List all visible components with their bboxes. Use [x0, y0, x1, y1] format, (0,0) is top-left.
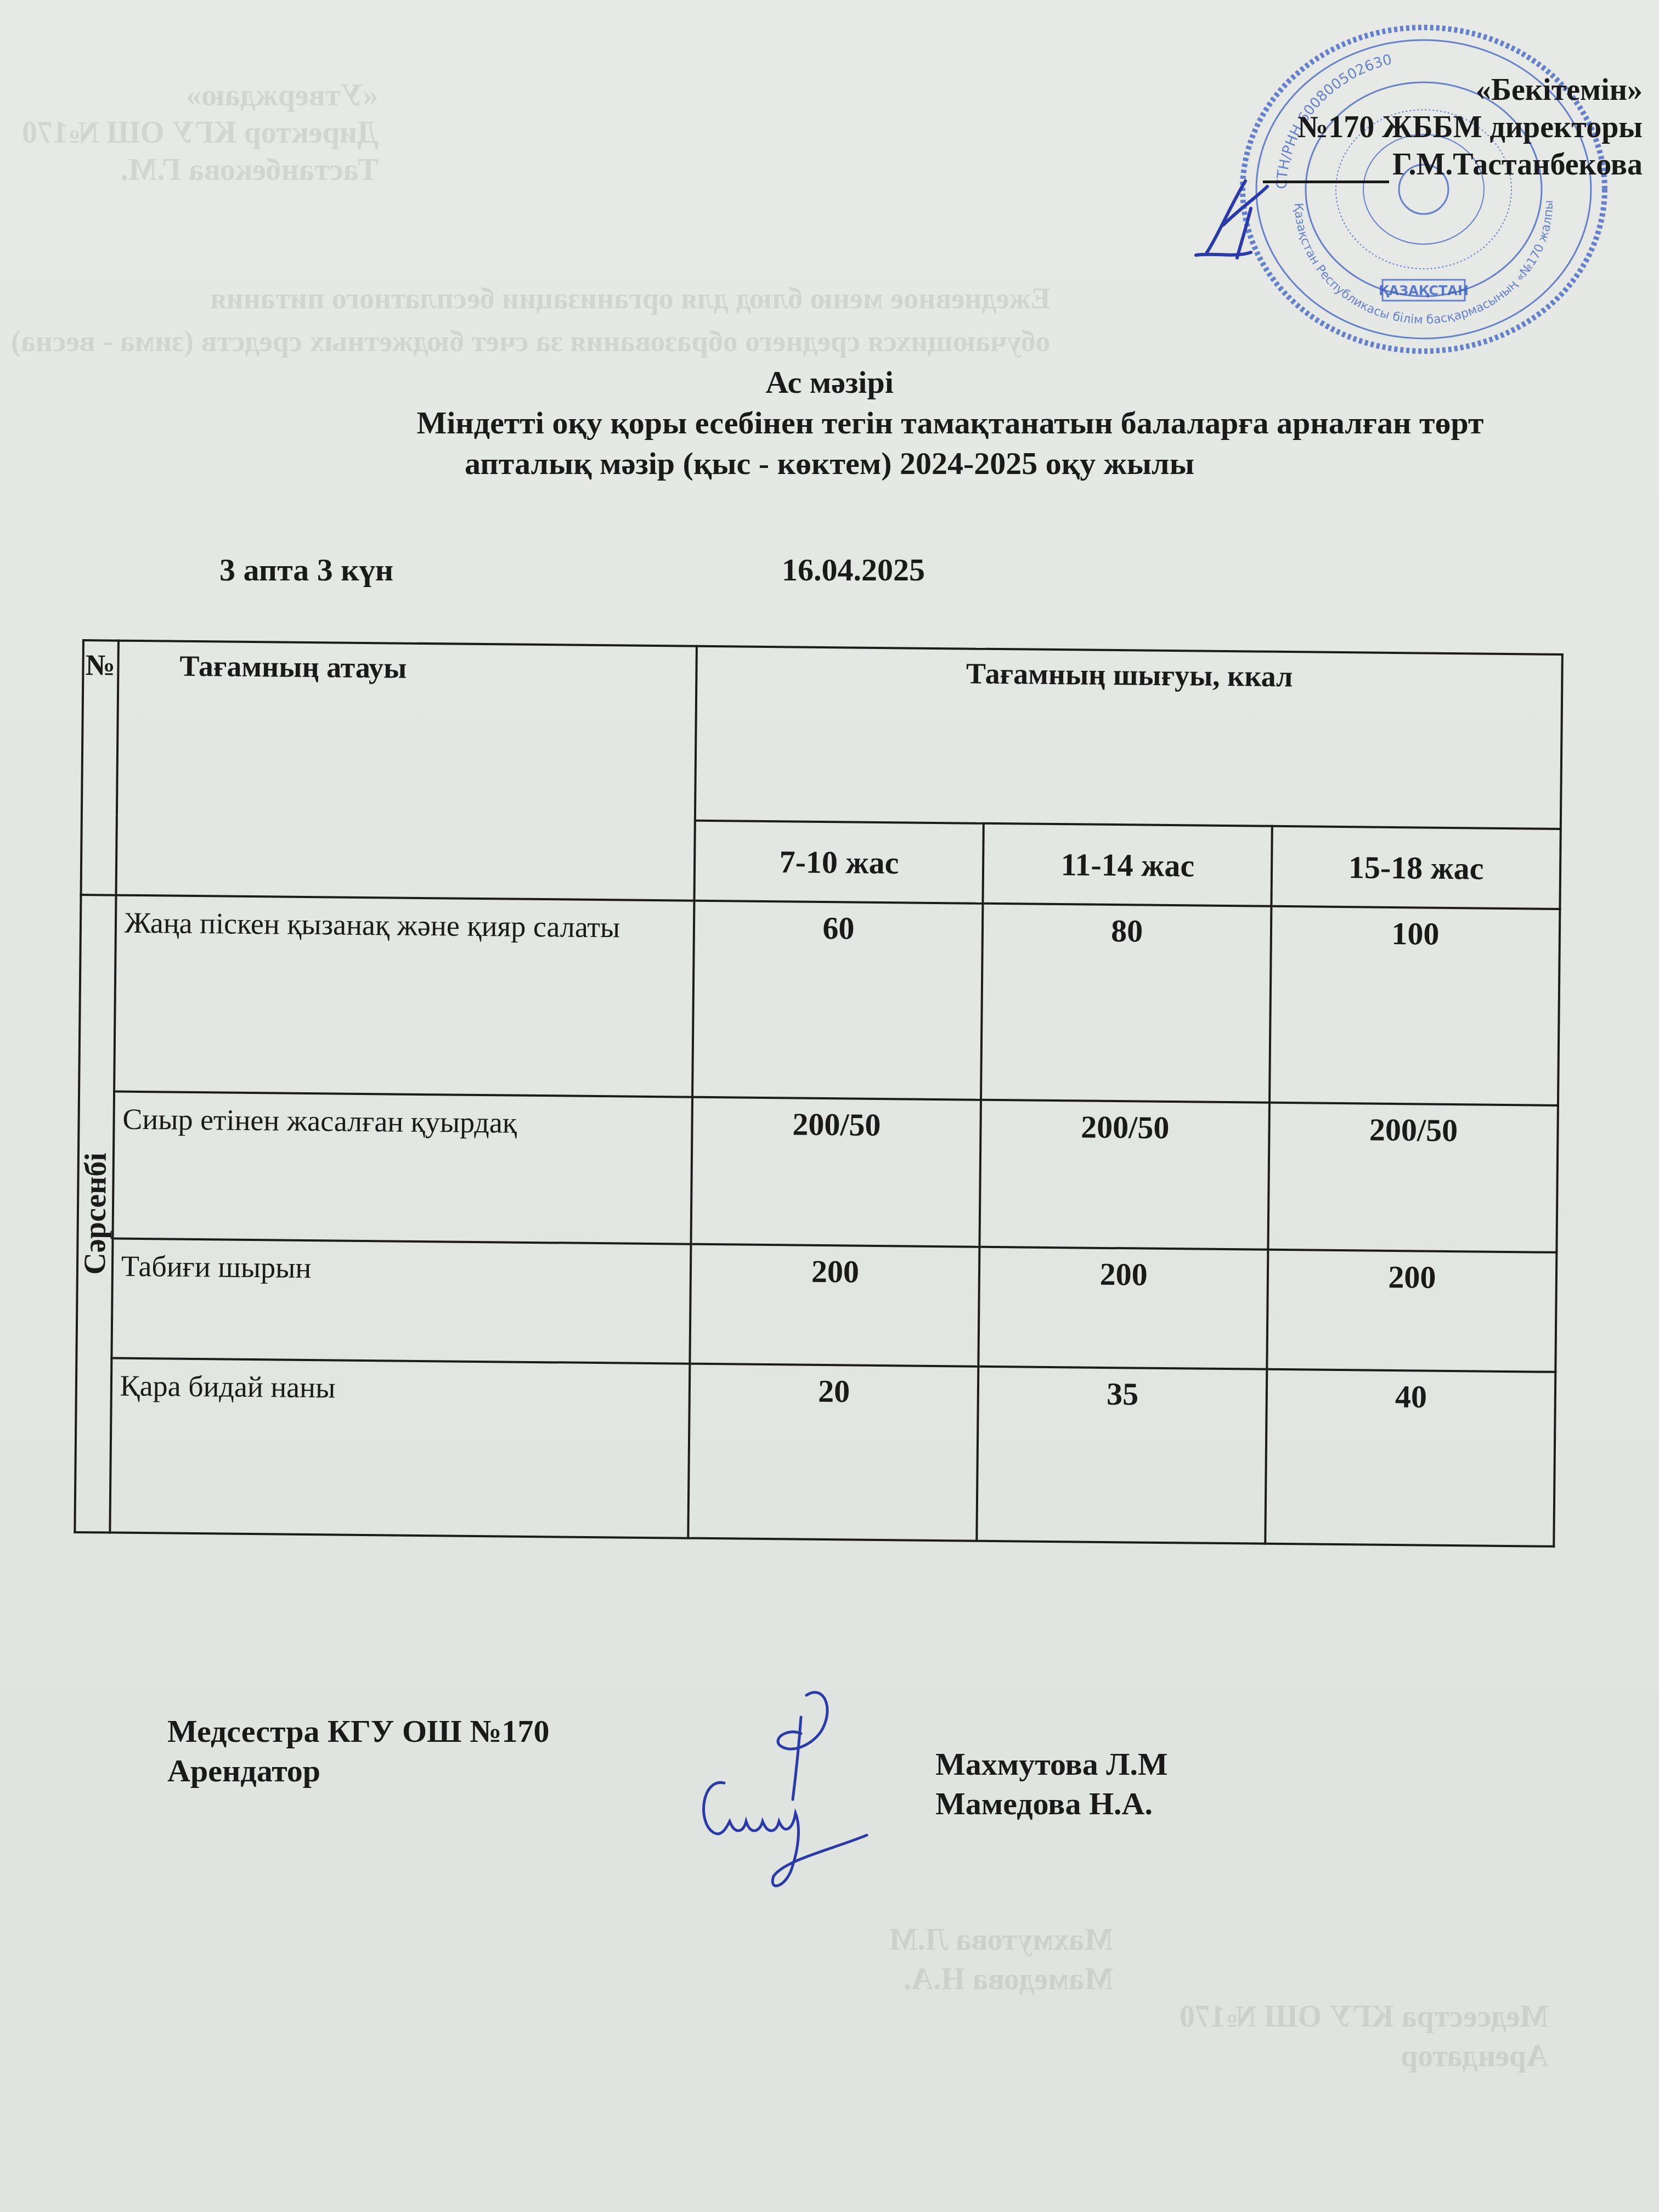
footer-roles: Медсестра КГУ ОШ №170 Арендатор — [167, 1712, 550, 1791]
title-subtitle-2: апталық мәзір (қыс - көктем) 2024-2025 о… — [0, 443, 1659, 484]
value-7-10: 200/50 — [691, 1097, 981, 1247]
value-11-14: 200 — [979, 1247, 1268, 1369]
header-age-15-18: 15-18 жас — [1272, 826, 1561, 909]
title-subtitle-1: Міндетті оқу қоры есебінен тегін тамақта… — [0, 403, 1659, 443]
show-through-line: Махмутова Л.М — [889, 1920, 1113, 1960]
approval-block: «Бекітемін» №170 ЖББМ директоры Г.М.Таст… — [1263, 71, 1643, 183]
header-number: № — [81, 640, 119, 895]
show-through-line: Мамедова Н.А. — [889, 1960, 1113, 1999]
show-through-line: обучающихся среднего образования за счет… — [11, 320, 1051, 363]
name-tenant: Мамедова Н.А. — [935, 1784, 1168, 1824]
header-dish-name: Тағамның атауы — [116, 641, 697, 901]
menu-table: № Тағамның атауы Тағамның шығуы, ккал 7-… — [74, 639, 1564, 1548]
show-through-footer: Махмутова Л.М Мамедова Н.А. — [889, 1920, 1113, 1999]
show-through-line: Медсестра КГУ ОШ №170 — [1180, 1997, 1549, 2036]
role-nurse: Медсестра КГУ ОШ №170 — [167, 1712, 550, 1751]
table-row: Табиғи шырын 200 200 200 — [76, 1238, 1556, 1372]
value-15-18: 200 — [1267, 1250, 1556, 1372]
value-7-10: 60 — [693, 901, 983, 1100]
svg-text:ҚАЗАҚСТАН: ҚАЗАҚСТАН — [1379, 283, 1469, 298]
show-through-top-left: «Утверждаю» Директор КГУ ОШ №170 Тастанб… — [22, 77, 379, 189]
value-7-10: 20 — [689, 1364, 979, 1541]
day-label: Сәрсенбі — [77, 1153, 114, 1275]
dish-name: Сиыр етінен жасалған қуырдақ — [112, 1092, 692, 1244]
name-nurse: Махмутова Л.М — [935, 1745, 1168, 1784]
table-header-row: № Тағамның атауы Тағамның шығуы, ккал — [82, 640, 1562, 829]
table-row: Қара бидай наны 20 35 40 — [75, 1358, 1555, 1547]
show-through-line: Арендатор — [1180, 2036, 1549, 2076]
value-15-18: 100 — [1269, 906, 1560, 1105]
show-through-line: Директор КГУ ОШ №170 — [22, 114, 379, 151]
value-11-14: 35 — [977, 1367, 1267, 1544]
director-signature-icon — [1185, 176, 1311, 263]
footer-names: Махмутова Л.М Мамедова Н.А. — [935, 1745, 1168, 1824]
week-day-label: 3 апта 3 күн — [219, 551, 393, 588]
handwritten-signatures-icon — [603, 1684, 911, 1904]
dish-name: Табиғи шырын — [111, 1239, 691, 1364]
role-tenant: Арендатор — [167, 1751, 550, 1791]
table-row: Сәрсенбі Жаңа піскен қызанақ және қияр с… — [79, 895, 1560, 1105]
show-through-heading: Ежедневное меню блюд для организации бес… — [11, 277, 1051, 363]
table-row: Сиыр етінен жасалған қуырдақ 200/50 200/… — [78, 1091, 1558, 1252]
show-through-line: Тастанбекова Г.М. — [22, 151, 379, 189]
approval-signatory: Г.М.Тастанбекова — [1263, 146, 1643, 183]
day-label-cell: Сәрсенбі — [75, 895, 116, 1533]
approval-heading: «Бекітемін» — [1263, 71, 1643, 109]
dish-name: Жаңа піскен қызанақ және қияр салаты — [114, 895, 695, 1097]
value-7-10: 200 — [690, 1244, 980, 1367]
menu-date: 16.04.2025 — [782, 551, 925, 588]
value-15-18: 200/50 — [1268, 1103, 1558, 1252]
show-through-footer-roles: Медсестра КГУ ОШ №170 Арендатор — [1180, 1997, 1549, 2076]
header-age-11-14: 11-14 жас — [983, 823, 1272, 906]
value-11-14: 80 — [981, 904, 1271, 1103]
value-11-14: 200/50 — [980, 1100, 1269, 1250]
header-age-7-10: 7-10 жас — [695, 821, 984, 904]
approval-name: Г.М.Тастанбекова — [1392, 148, 1643, 182]
title-main: Ас мәзірі — [0, 362, 1659, 403]
approval-position: №170 ЖББМ директоры — [1263, 109, 1643, 146]
show-through-line: «Утверждаю» — [22, 77, 379, 114]
header-yield: Тағамның шығуы, ккал — [695, 646, 1562, 829]
document-title: Ас мәзірі Міндетті оқу қоры есебінен тег… — [0, 362, 1659, 484]
show-through-line: Ежедневное меню блюд для организации бес… — [11, 277, 1051, 320]
dish-name: Қара бидай наны — [110, 1358, 690, 1538]
value-15-18: 40 — [1265, 1369, 1555, 1547]
